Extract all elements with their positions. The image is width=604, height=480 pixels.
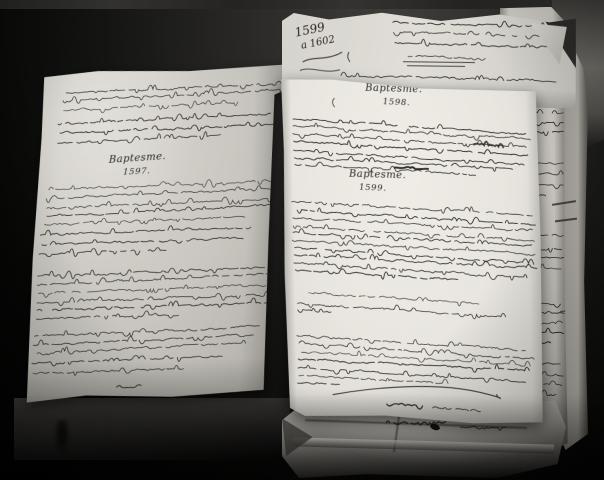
- right-page: Baptesme. 1598. Baptesme. 1599.: [280, 76, 545, 431]
- year-label-1598: 1598.: [356, 97, 436, 109]
- baptism-heading-1598: Baptesme.: [356, 83, 432, 95]
- table-shadow-band: [14, 398, 290, 460]
- handwriting-paragraph: [289, 196, 543, 298]
- small-pen-mark: [328, 97, 338, 110]
- year-label-1599: 1599.: [340, 183, 405, 194]
- year-label-1597: 1597.: [96, 166, 177, 179]
- handwriting-strokes: [27, 320, 269, 388]
- pen-flourish: [111, 380, 148, 401]
- film-edge-strip: [0, 0, 604, 9]
- bold-overwritten-word: [469, 139, 511, 160]
- handwriting-strokes: [377, 397, 432, 421]
- manuscript-photo: Baptesme. 1597. 1599 a 1602: [0, 0, 604, 480]
- ink-smudge: [54, 420, 70, 456]
- handwriting-strokes: [469, 139, 511, 160]
- handwriting-strokes: [111, 380, 148, 401]
- right-page-wrapper: Baptesme. 1598. Baptesme. 1599.: [280, 76, 545, 431]
- signature-flourish: [425, 402, 493, 427]
- handwriting-strokes: [289, 196, 543, 298]
- double-underline: [407, 65, 465, 67]
- small-pen-mark: [344, 50, 354, 64]
- pen-swash: [298, 63, 342, 76]
- handwriting-paragraph: [27, 320, 269, 388]
- left-page-wrapper: Baptesme. 1597.: [24, 62, 296, 406]
- signature-flourish: [377, 397, 432, 421]
- left-page: Baptesme. 1597.: [24, 62, 296, 406]
- handwriting-strokes: [425, 402, 493, 427]
